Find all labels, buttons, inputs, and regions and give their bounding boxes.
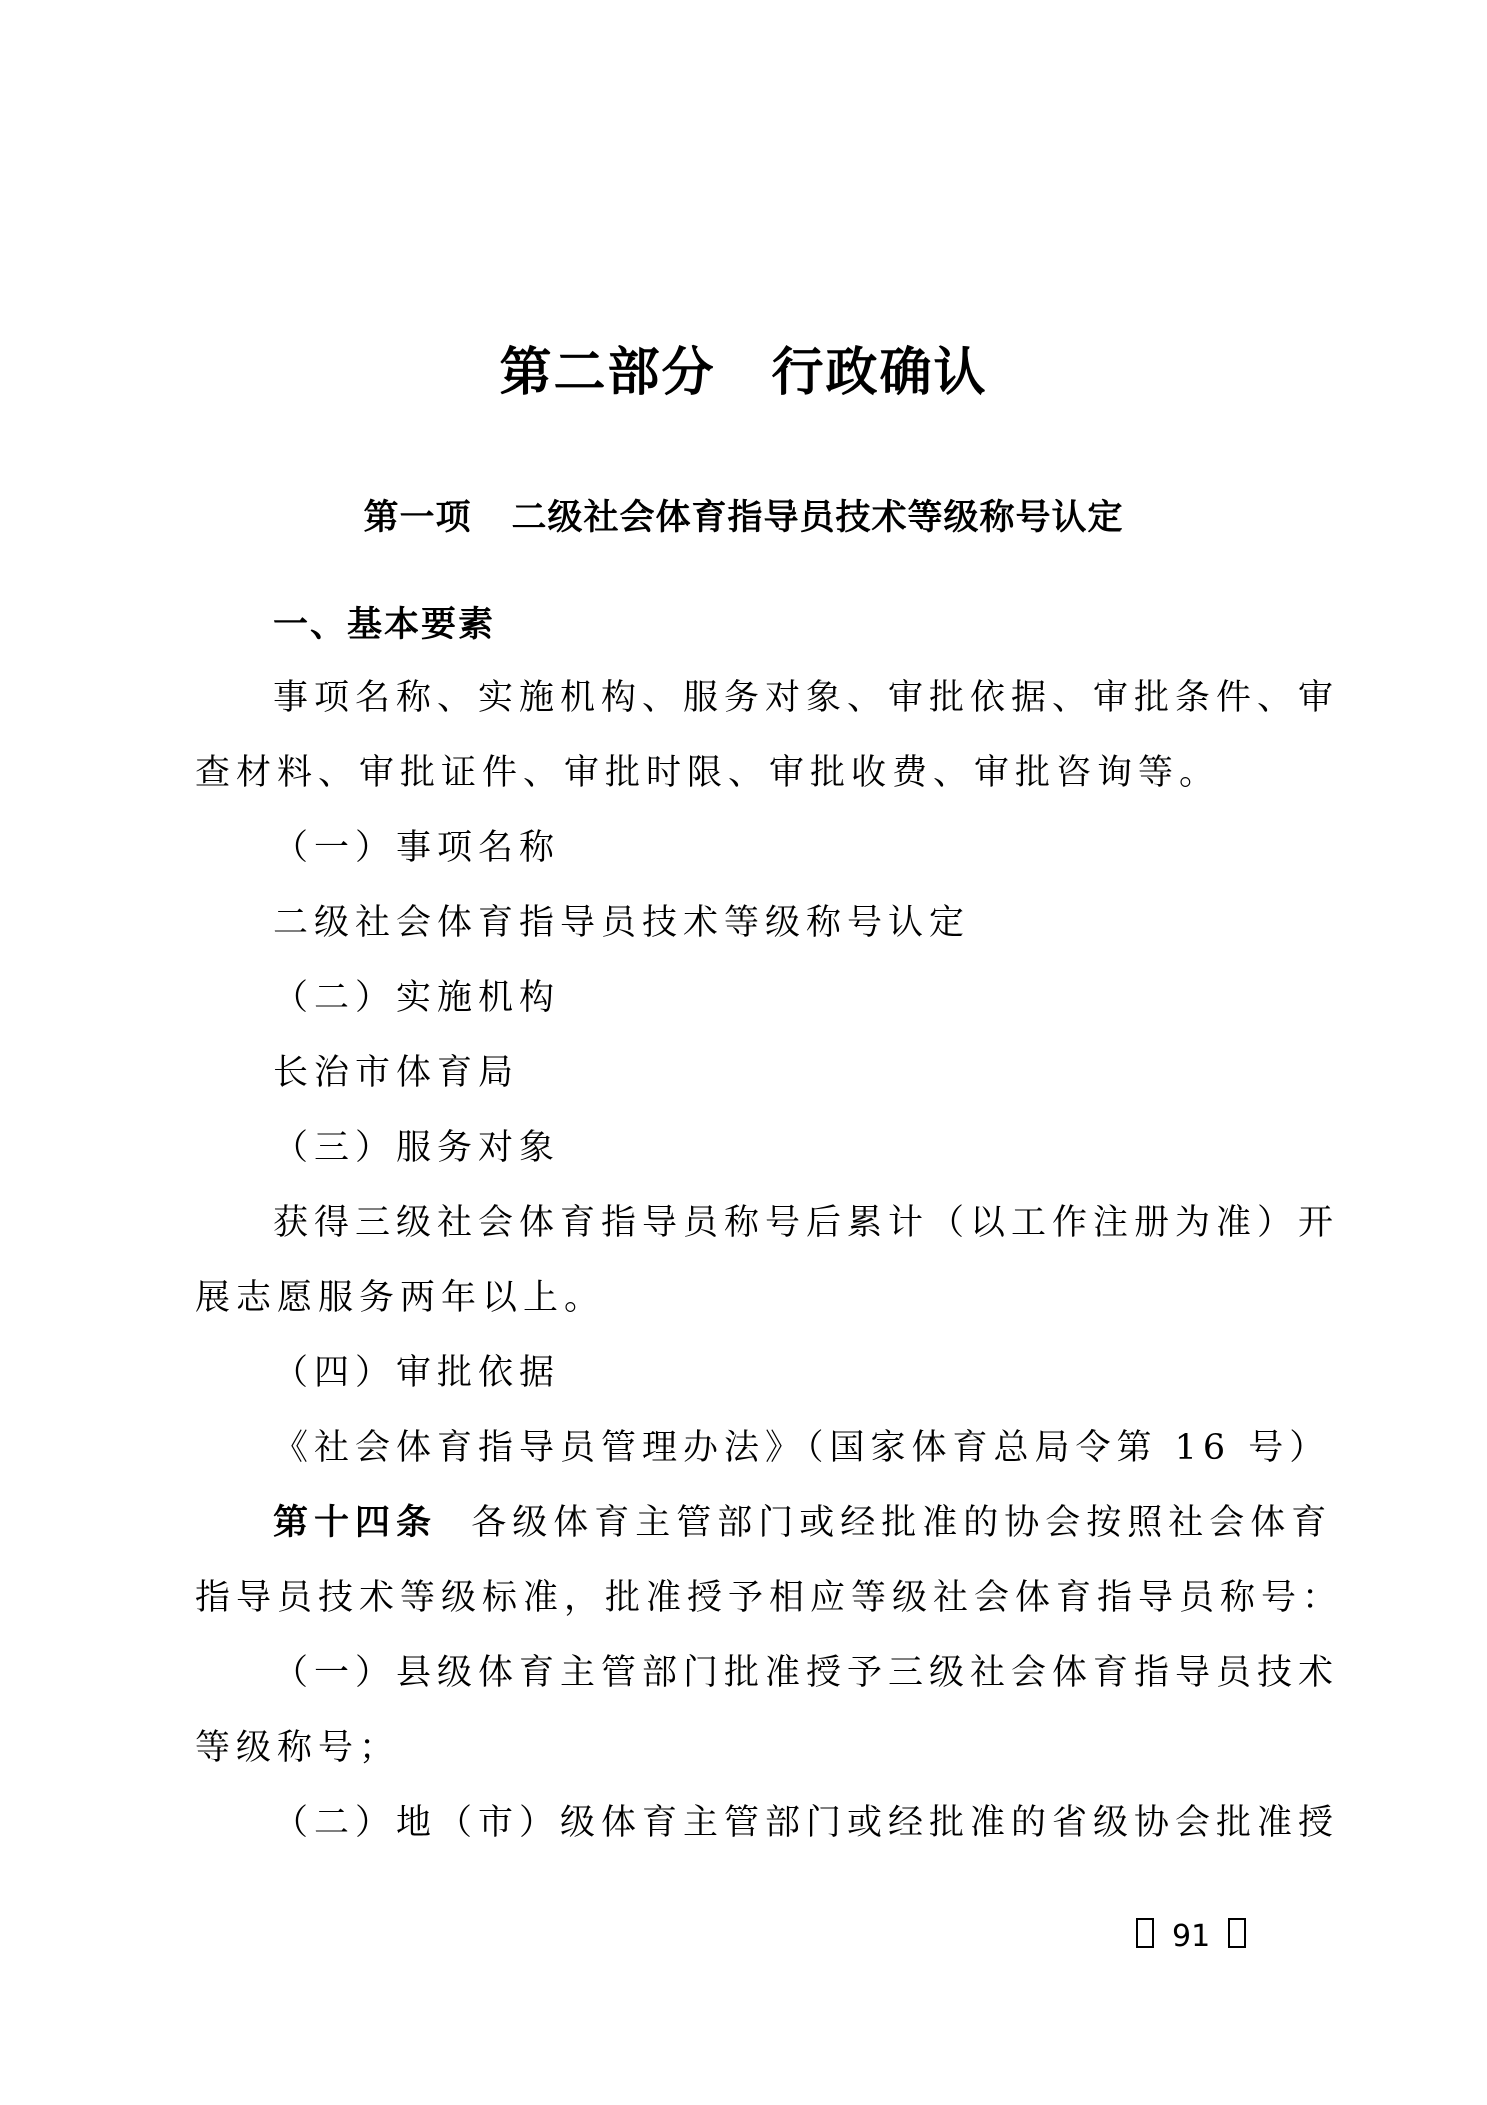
paragraph-line: 《社会体育指导员管理办法》（国家体育总局令第 16 号） — [273, 1428, 1383, 1468]
paragraph-line: 二级社会体育指导员技术等级称号认定 — [273, 903, 1383, 943]
subheading-agency: （二）实施机构 — [273, 978, 1383, 1018]
part-title: 第二部分行政确认 — [0, 330, 1487, 405]
item-title: 第一项二级社会体育指导员技术等级称号认定 — [0, 490, 1487, 540]
article-line: 第十四条 各级体育主管部门或经批准的协会按照社会体育 — [273, 1503, 1383, 1543]
paragraph-line: 等级称号； — [195, 1728, 1305, 1768]
paragraph-line: （二）地（市）级体育主管部门或经批准的省级协会批准授 — [273, 1803, 1383, 1843]
item-title-number: 第一项 — [363, 498, 471, 538]
page-number: 91 — [1118, 1918, 1264, 1954]
paragraph-line: 获得三级社会体育指导员称号后累计（以工作注册为准）开 — [273, 1203, 1383, 1243]
article-text: 各级体育主管部门或经批准的协会按照社会体育 — [471, 1503, 1332, 1543]
paragraph-line: 事项名称、实施机构、服务对象、审批依据、审批条件、审 — [273, 678, 1383, 718]
paragraph-line: 查材料、审批证件、审批时限、审批收费、审批咨询等。 — [195, 753, 1305, 793]
item-title-text: 二级社会体育指导员技术等级称号认定 — [512, 498, 1124, 538]
paragraph-line: 指导员技术等级标准，批准授予相应等级社会体育指导员称号： — [195, 1578, 1305, 1618]
document-page: 第二部分行政确认 第一项二级社会体育指导员技术等级称号认定 一、基本要素 事项名… — [0, 0, 1487, 2105]
part-title-number: 第二部分 — [499, 342, 715, 403]
subheading-name: （一）事项名称 — [273, 828, 1383, 868]
part-title-text: 行政确认 — [772, 342, 988, 403]
subheading-basis: （四）审批依据 — [273, 1353, 1383, 1393]
page-number-value: 91 — [1172, 1919, 1210, 1954]
page-dash-icon — [1136, 1918, 1154, 1948]
article-label: 第十四条 — [273, 1502, 437, 1543]
paragraph-line: （一）县级体育主管部门批准授予三级社会体育指导员技术 — [273, 1653, 1383, 1693]
section-heading: 一、基本要素 — [273, 605, 1383, 645]
page-dash-icon — [1228, 1918, 1246, 1948]
subheading-target: （三）服务对象 — [273, 1128, 1383, 1168]
paragraph-line: 长治市体育局 — [273, 1053, 1383, 1093]
paragraph-line: 展志愿服务两年以上。 — [195, 1278, 1305, 1318]
